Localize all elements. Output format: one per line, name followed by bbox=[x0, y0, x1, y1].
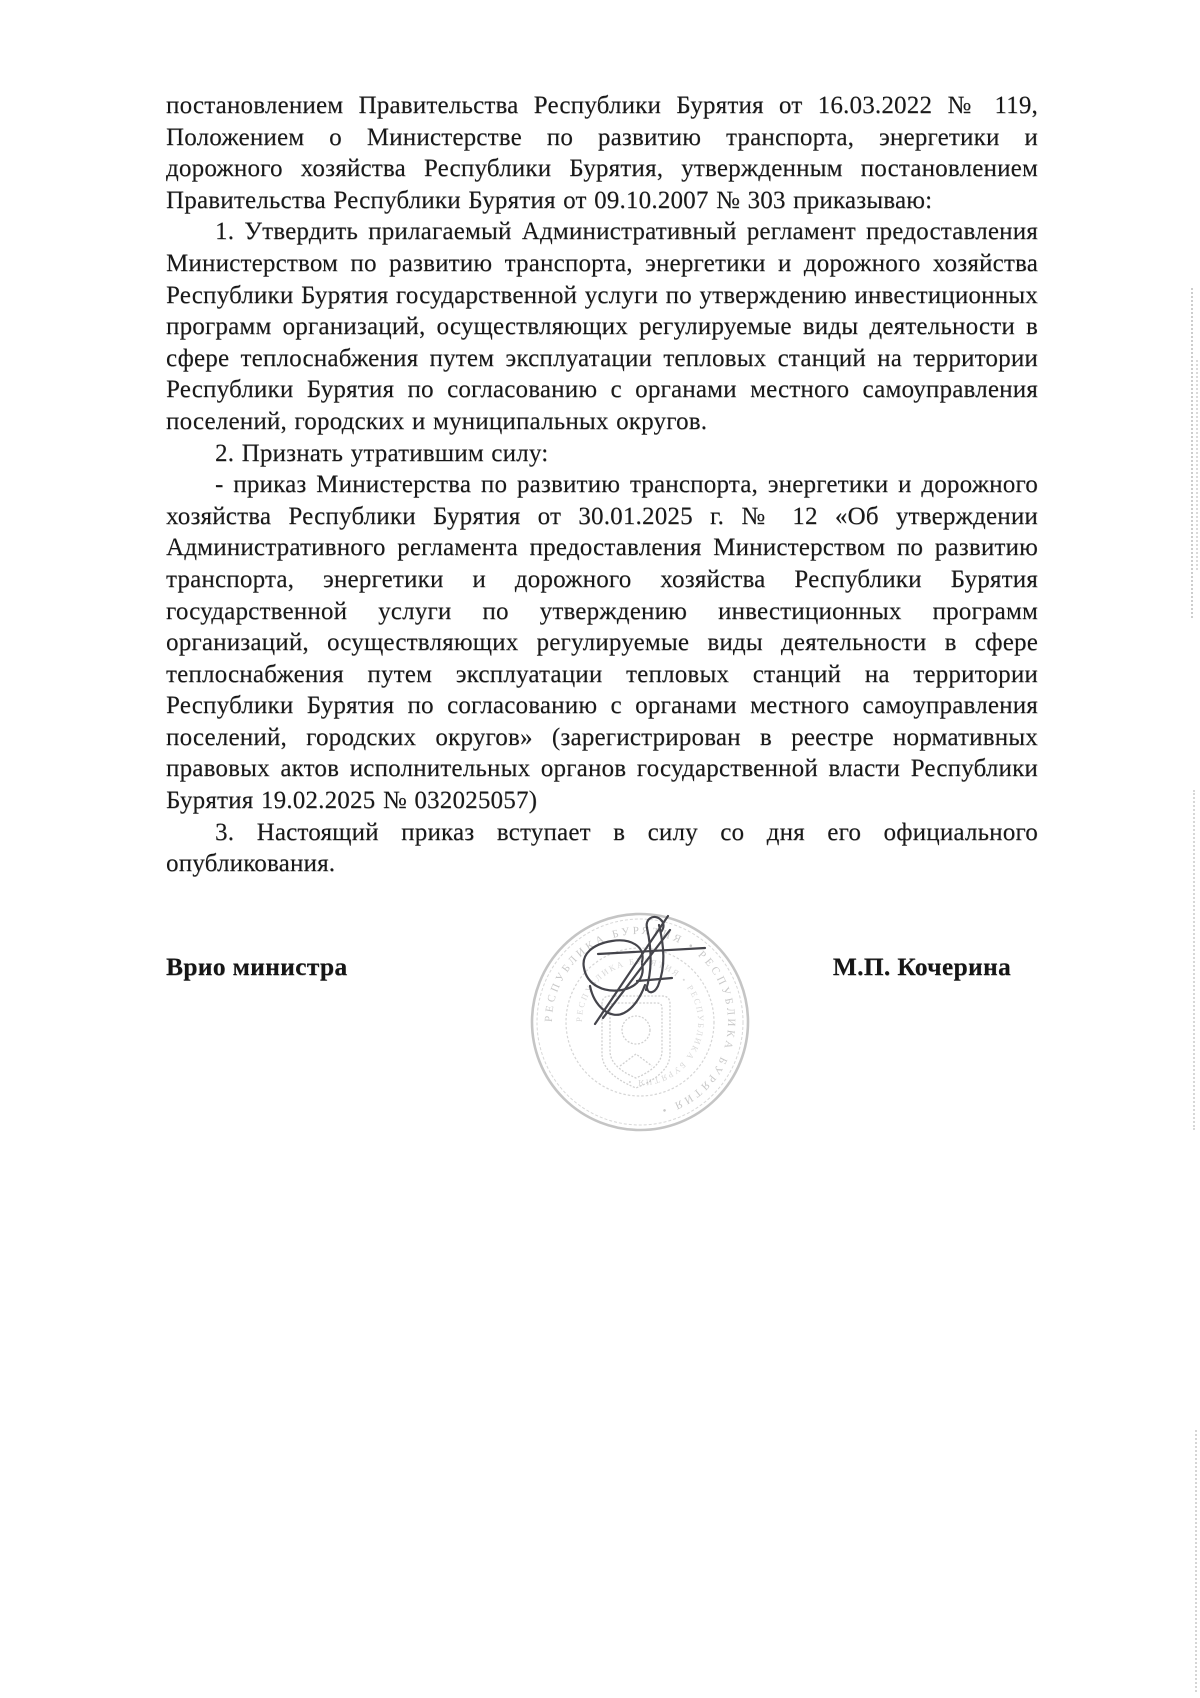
document-body: постановлением Правительства Республики … bbox=[166, 90, 1038, 880]
scan-artifact-right-edge bbox=[1195, 1430, 1197, 1692]
scan-artifact-right-edge bbox=[1196, 360, 1198, 570]
paragraph-item-1: 1. Утвердить прилагаемый Административны… bbox=[166, 216, 1038, 437]
stamp-ring-text: РЕСПУБЛИКА БУРЯТИЯ • РЕСПУБЛИКА БУРЯТИЯ … bbox=[543, 925, 737, 1117]
paragraph-preamble: постановлением Правительства Республики … bbox=[166, 90, 1038, 216]
signer-name: М.П. Кочерина bbox=[833, 952, 1011, 982]
stamp-outer-circle bbox=[532, 914, 748, 1130]
paragraph-item-2-subitem: - приказ Министерства по развитию трансп… bbox=[166, 469, 1038, 817]
official-stamp-graphic: РЕСПУБЛИКА БУРЯТИЯ • РЕСПУБЛИКА БУРЯТИЯ … bbox=[500, 888, 780, 1152]
paragraph-item-3: 3. Настоящий приказ вступает в силу со д… bbox=[166, 817, 1038, 880]
scan-artifact-right-edge bbox=[1193, 790, 1195, 1130]
stamp-ring-text-inner: РЕСПУБЛИКА БУРЯТИЯ • РЕСПУБЛИКА БУРЯТИЯ … bbox=[574, 956, 706, 1088]
scan-artifact-right-edge bbox=[1191, 288, 1193, 618]
stamp-ring-text-inner-wrap: РЕСПУБЛИКА БУРЯТИЯ • РЕСПУБЛИКА БУРЯТИЯ … bbox=[574, 956, 706, 1088]
document-page: постановлением Правительства Республики … bbox=[0, 0, 1200, 1698]
official-stamp-area: РЕСПУБЛИКА БУРЯТИЯ • РЕСПУБЛИКА БУРЯТИЯ … bbox=[500, 888, 780, 1152]
stamp-emblem-shield bbox=[602, 996, 670, 1088]
paragraph-item-2: 2. Признать утратившим силу: bbox=[166, 438, 1038, 470]
stamp-seal bbox=[532, 914, 748, 1130]
stamp-ring-text-outer: РЕСПУБЛИКА БУРЯТИЯ • РЕСПУБЛИКА БУРЯТИЯ … bbox=[543, 925, 737, 1117]
signer-position-label: Врио министра bbox=[166, 952, 347, 982]
